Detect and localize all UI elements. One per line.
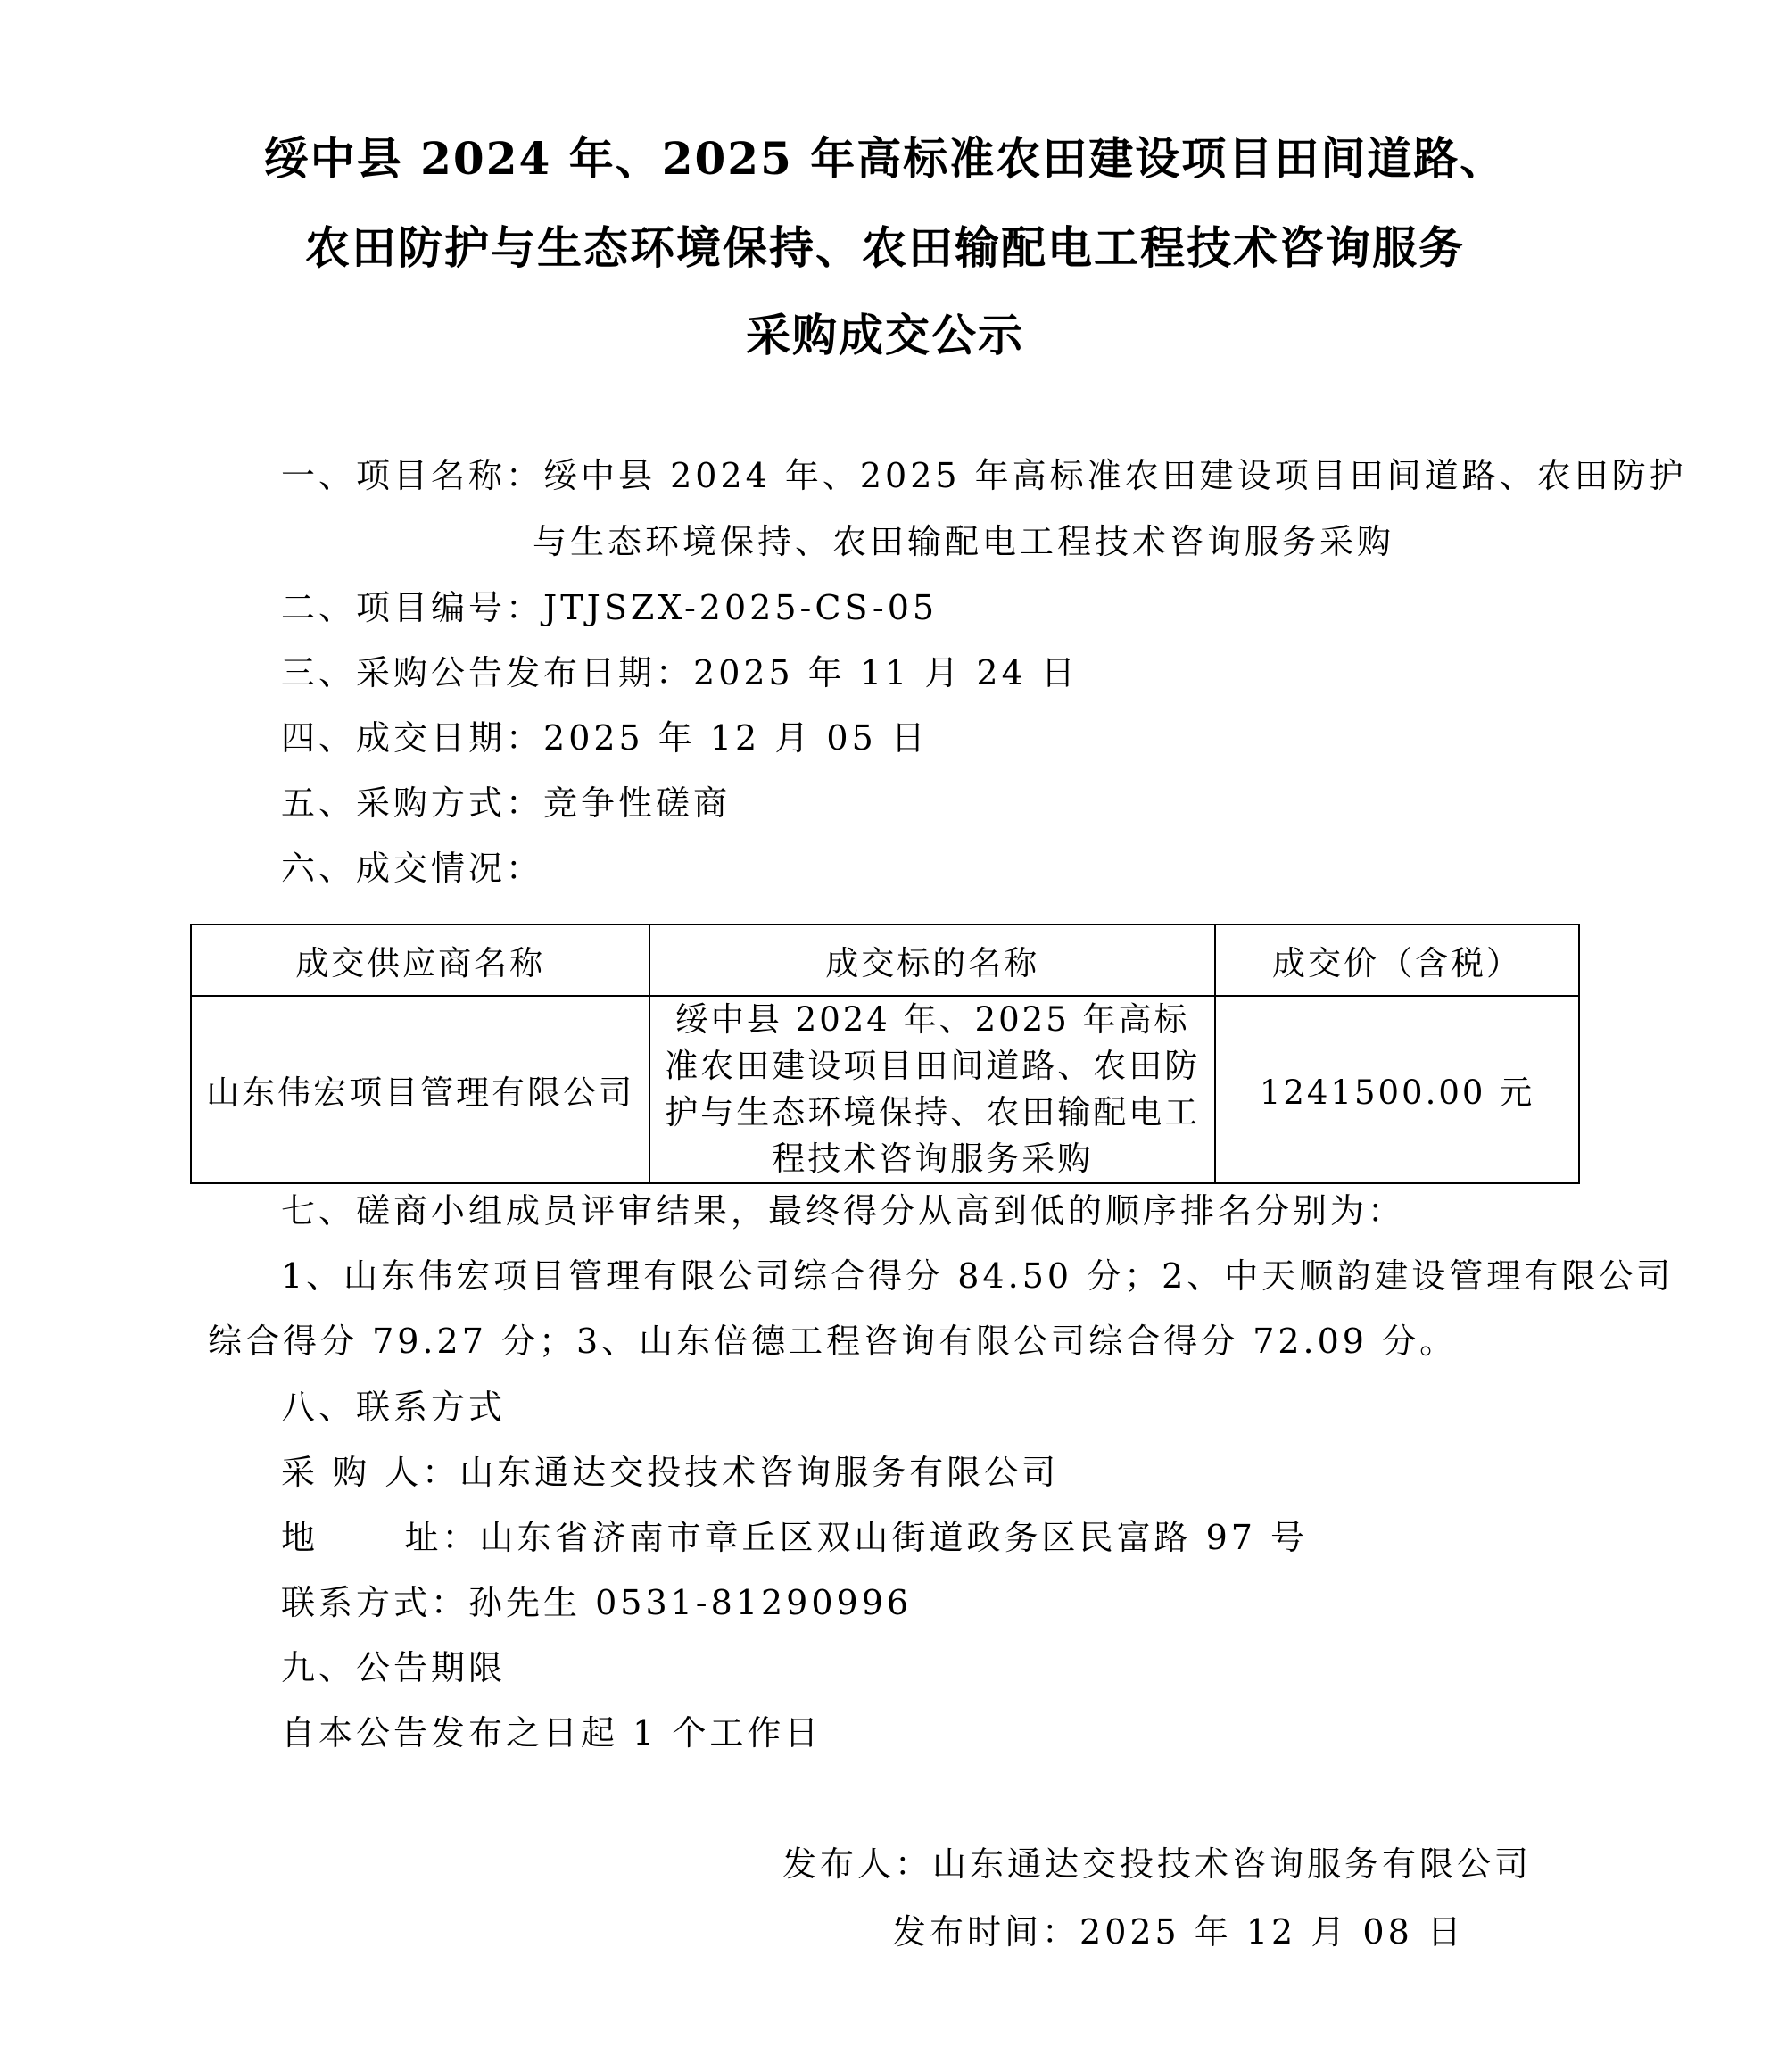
procurement-method: 五、采购方式：竞争性磋商 [281,783,731,824]
purchaser-label: 采 购 人： [281,1453,459,1492]
announcement-date: 三、采购公告发布日期：2025 年 11 月 24 日 [281,652,1079,693]
deal-date: 四、成交日期：2025 年 12 月 05 日 [281,717,929,758]
announcement-date-label: 三、采购公告发布日期： [281,653,693,692]
publisher-value: 山东通达交投技术咨询服务有限公司 [932,1844,1532,1884]
deal-date-label: 四、成交日期： [281,718,543,758]
announcement-date-value: 2025 年 11 月 24 日 [693,653,1079,692]
phone-value: 孙先生 0531-81290996 [468,1583,912,1622]
review-results-line-2: 综合得分 79.27 分；3、山东倍德工程咨询有限公司综合得分 72.09 分。 [208,1321,1457,1362]
deal-table: 成交供应商名称 成交标的名称 成交价（含税） 山东伟宏项目管理有限公司 绥中县 … [190,924,1580,1184]
contact-heading: 八、联系方式 [281,1387,506,1428]
table-header-row: 成交供应商名称 成交标的名称 成交价（含税） [191,924,1579,996]
title-line-3: 采购成交公示 [0,309,1770,362]
cell-subject: 绥中县 2024 年、2025 年高标准农田建设项目田间道路、农田防护与生态环境… [649,996,1215,1183]
address: 地 址：山东省济南市章丘区双山街道政务区民富路 97 号 [281,1517,1308,1558]
announcement-page: 绥中县 2024 年、2025 年高标准农田建设项目田间道路、 农田防护与生态环… [0,0,1770,2072]
project-number: 二、项目编号：JTJSZX-2025-CS-05 [281,587,938,628]
publish-time-value: 2025 年 12 月 08 日 [1079,1912,1465,1952]
purchaser-value: 山东通达交投技术咨询服务有限公司 [459,1453,1059,1492]
deal-status-heading: 六、成交情况： [281,848,543,889]
publish-time-label: 发布时间： [892,1912,1079,1952]
review-heading: 七、磋商小组成员评审结果，最终得分从高到低的顺序排名分别为： [281,1190,1405,1231]
header-price: 成交价（含税） [1215,924,1579,996]
period-heading: 九、公告期限 [281,1647,506,1688]
procurement-method-value: 竞争性磋商 [543,783,731,823]
header-supplier: 成交供应商名称 [191,924,649,996]
purchaser: 采 购 人：山东通达交投技术咨询服务有限公司 [281,1452,1059,1493]
procurement-method-label: 五、采购方式： [281,783,543,823]
cell-supplier: 山东伟宏项目管理有限公司 [191,996,649,1183]
title-line-2: 农田防护与生态环境保持、农田输配电工程技术咨询服务 [0,221,1770,275]
publisher-label: 发布人： [782,1844,932,1884]
review-results-line-1: 1、山东伟宏项目管理有限公司综合得分 84.50 分；2、中天顺韵建设管理有限公… [281,1256,1674,1297]
address-label: 地 址： [281,1518,479,1557]
period-value: 自本公告发布之日起 1 个工作日 [281,1712,822,1753]
project-number-value: JTJSZX-2025-CS-05 [543,588,938,627]
title-line-1: 绥中县 2024 年、2025 年高标准农田建设项目田间道路、 [0,132,1770,186]
project-name-value: 绥中县 2024 年、2025 年高标准农田建设项目田间道路、农田防护 [543,456,1687,495]
publish-time: 发布时间：2025 年 12 月 08 日 [892,1911,1465,1952]
header-subject: 成交标的名称 [649,924,1215,996]
project-name-label: 一、项目名称： [281,456,543,495]
publisher: 发布人：山东通达交投技术咨询服务有限公司 [782,1844,1532,1885]
contact-phone: 联系方式：孙先生 0531-81290996 [281,1582,912,1623]
table-row: 山东伟宏项目管理有限公司 绥中县 2024 年、2025 年高标准农田建设项目田… [191,996,1579,1183]
project-name-continued: 与生态环境保持、农田输配电工程技术咨询服务采购 [533,521,1394,562]
deal-date-value: 2025 年 12 月 05 日 [543,718,929,758]
phone-label: 联系方式： [281,1583,468,1622]
cell-price: 1241500.00 元 [1215,996,1579,1183]
project-name: 一、项目名称：绥中县 2024 年、2025 年高标准农田建设项目田间道路、农田… [281,455,1687,496]
address-value: 山东省济南市章丘区双山街道政务区民富路 97 号 [479,1518,1308,1557]
project-number-label: 二、项目编号： [281,588,543,627]
